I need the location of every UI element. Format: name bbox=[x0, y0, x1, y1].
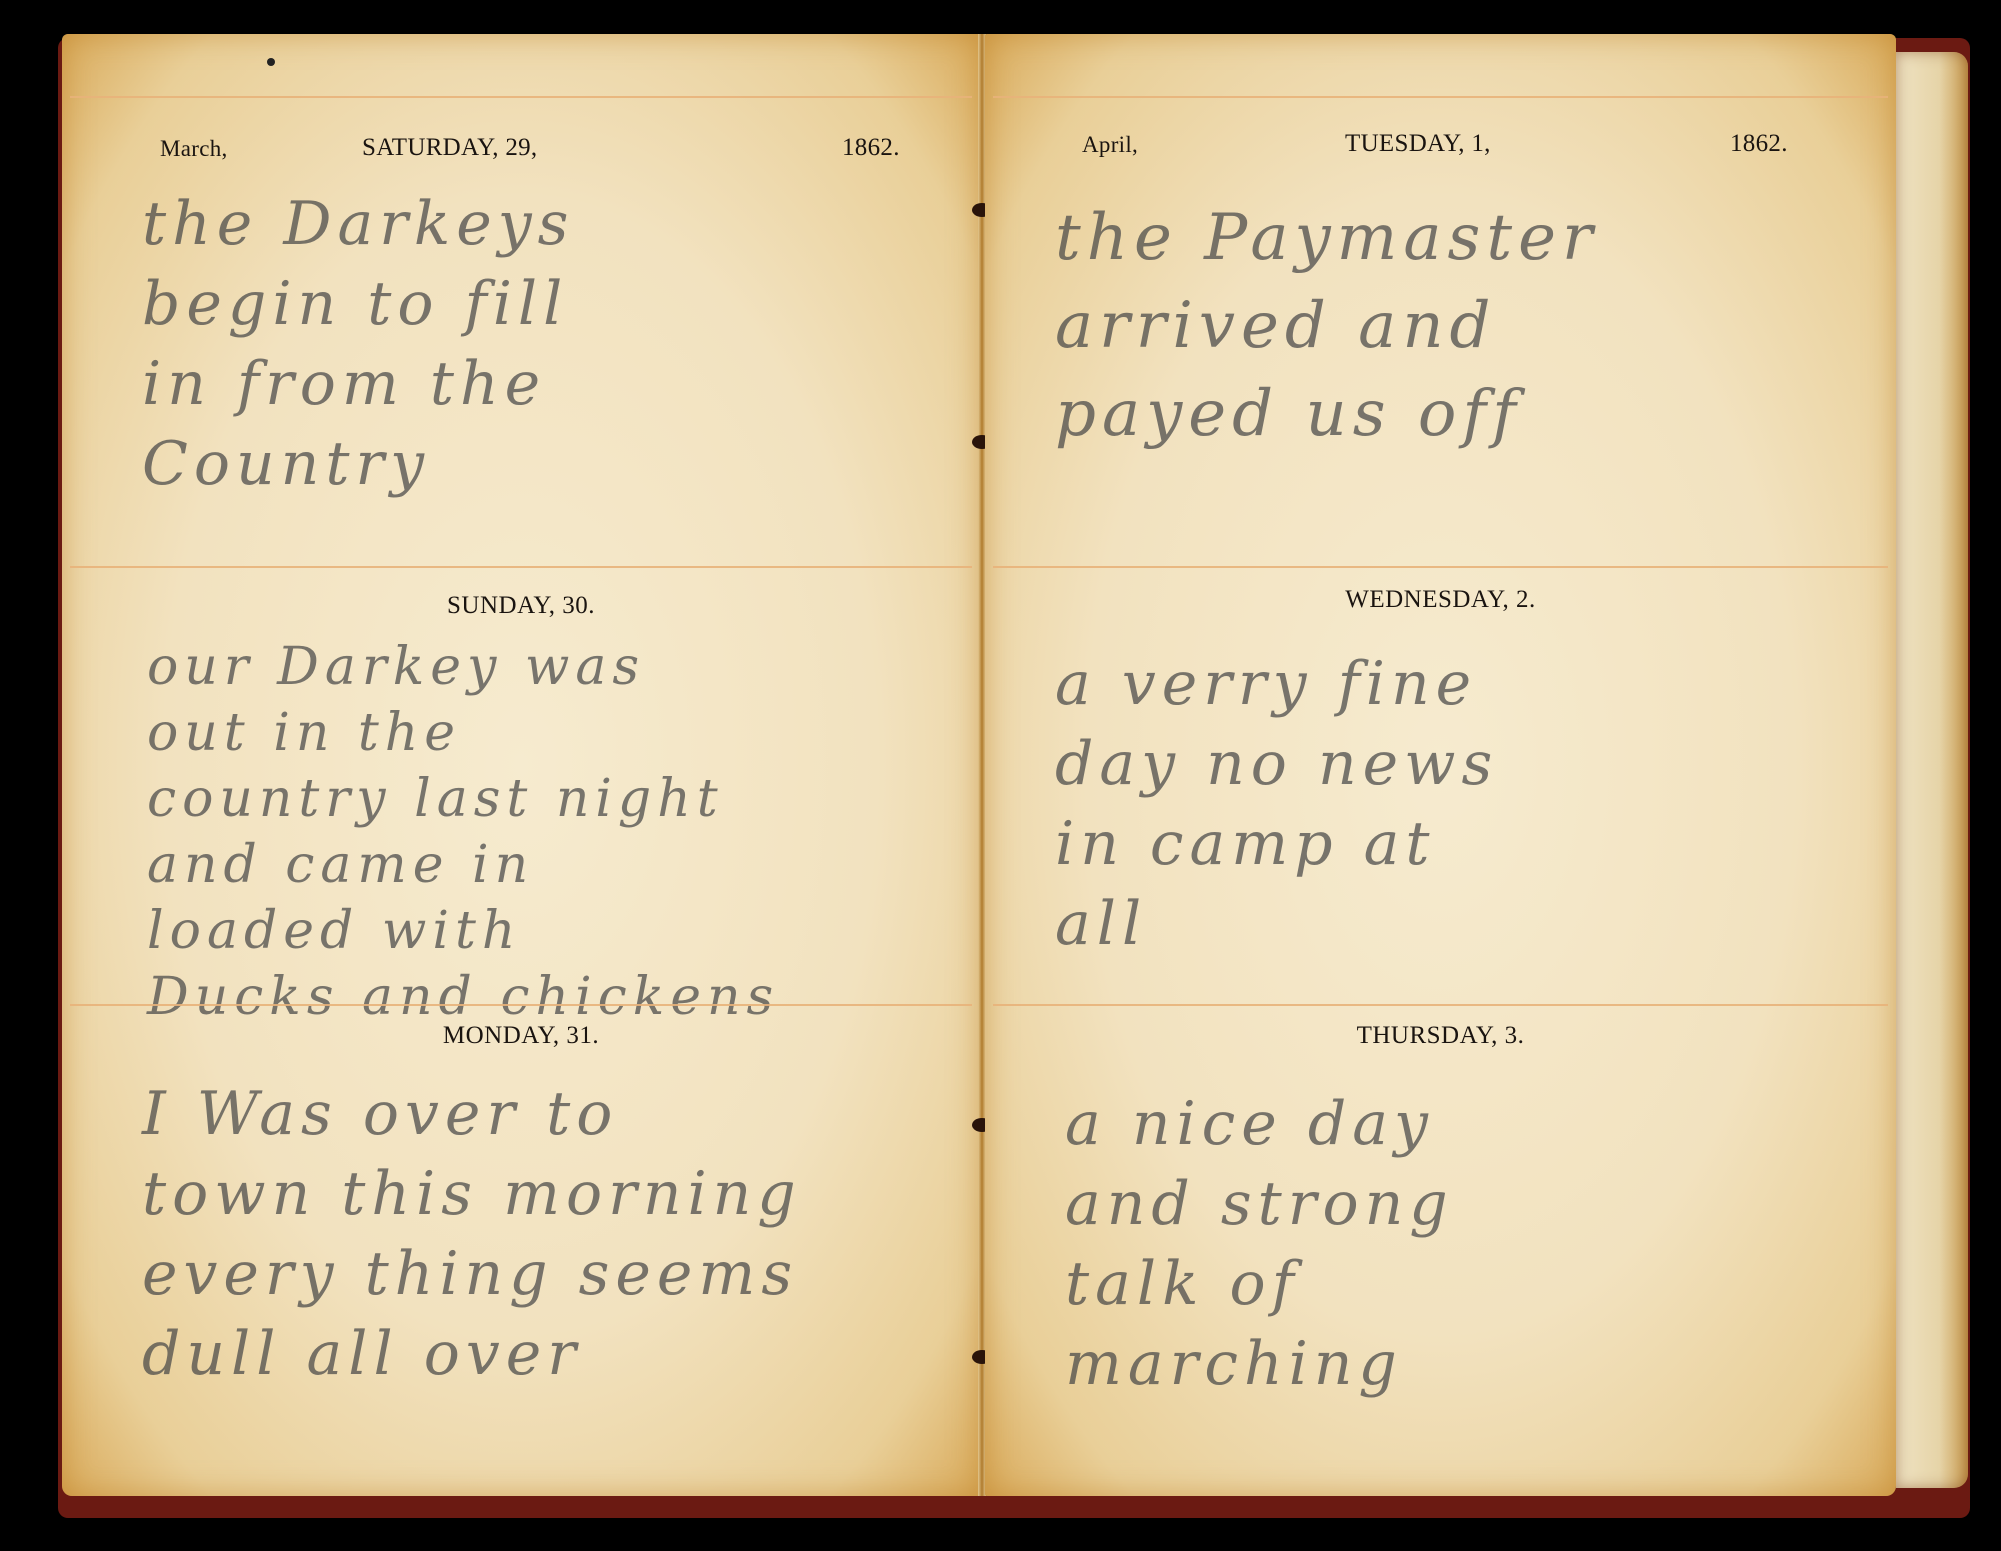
year-label: 1862. bbox=[842, 134, 900, 162]
ruled-line bbox=[993, 96, 1888, 98]
diary-entry-text: the Darkeys begin to fill in from the Co… bbox=[142, 184, 574, 504]
diary-entry-text: our Darkey was out in the country last n… bbox=[147, 634, 779, 1030]
day-heading: SUNDAY, 30. bbox=[62, 592, 980, 620]
diary-entry-text: I Was over to town this morning every th… bbox=[142, 1074, 802, 1394]
month-label: March, bbox=[160, 136, 228, 162]
ruled-line bbox=[993, 566, 1888, 568]
back-page-edge bbox=[1896, 52, 1968, 1488]
month-label: April, bbox=[1082, 132, 1138, 158]
ruled-line bbox=[70, 566, 972, 568]
day-heading: THURSDAY, 3. bbox=[985, 1022, 1896, 1050]
diary-entry-text: a verry fine day no news in camp at all bbox=[1055, 644, 1498, 964]
diary-entry-text: the Paymaster arrived and payed us off bbox=[1055, 194, 1599, 458]
day-heading: MONDAY, 31. bbox=[62, 1022, 980, 1050]
right-page: April, TUESDAY, 1, 1862. the Paymaster a… bbox=[985, 34, 1896, 1496]
diary-entry-text: a nice day and strong talk of marching bbox=[1065, 1084, 1454, 1404]
ruled-line bbox=[70, 1004, 972, 1006]
ink-spot bbox=[267, 58, 275, 66]
left-page: March, SATURDAY, 29, 1862. the Darkeys b… bbox=[62, 34, 980, 1496]
year-label: 1862. bbox=[1730, 130, 1788, 158]
day-heading: TUESDAY, 1, bbox=[1345, 130, 1491, 158]
day-heading: WEDNESDAY, 2. bbox=[985, 586, 1896, 614]
ruled-line bbox=[70, 96, 972, 98]
day-heading: SATURDAY, 29, bbox=[362, 134, 537, 162]
ruled-line bbox=[993, 1004, 1888, 1006]
